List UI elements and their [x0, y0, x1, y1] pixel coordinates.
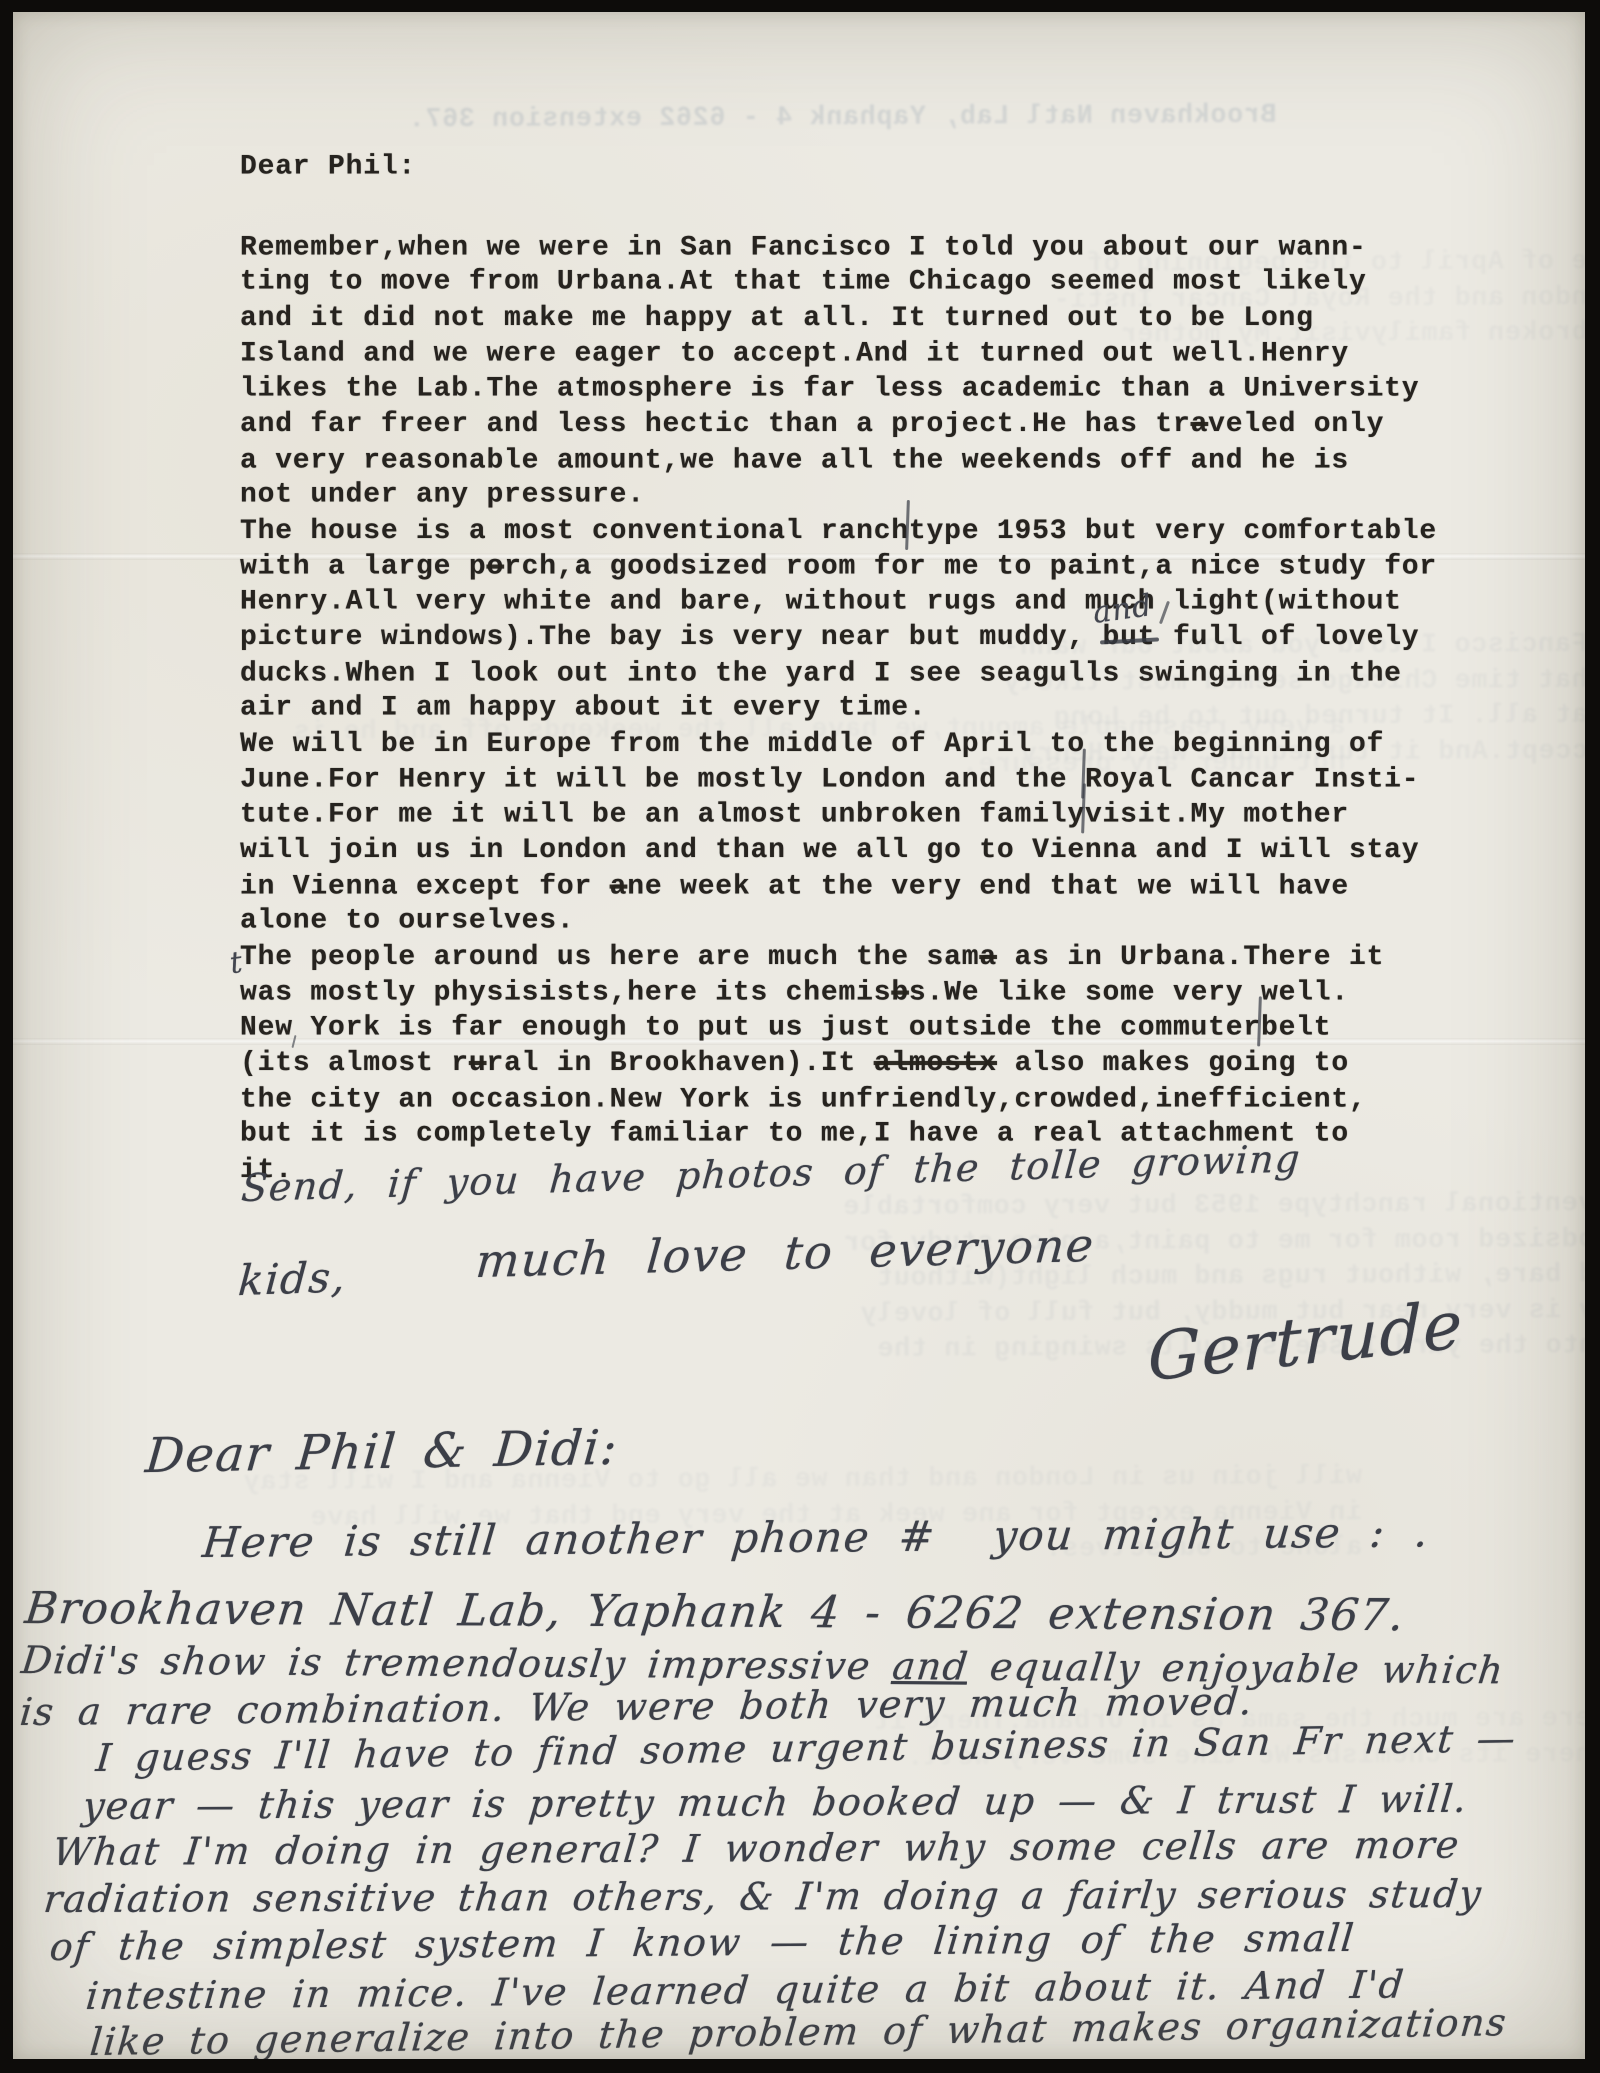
typed-segment: Dear Phil: — [240, 151, 416, 182]
typed-segment: New York is far enough to put us just ou… — [240, 1012, 1261, 1043]
handwritten-note-henry-line: of the simplest system I know — the lini… — [48, 1918, 1357, 1969]
typed-segment: and it did not make me happy at all. It … — [240, 303, 1314, 334]
typed-line — [240, 186, 1437, 230]
typed-segment-overtype: a — [610, 871, 628, 902]
typed-line: June.For Henry it will be mostly London … — [240, 763, 1437, 799]
typed-segment: will join us in London and than we all g… — [240, 835, 1419, 866]
typed-line: We will be in Europe from the middle of … — [240, 727, 1437, 763]
typed-segment: a very reasonable amount,we have all the… — [240, 445, 1349, 476]
typed-segment: .My mother — [1173, 799, 1349, 830]
typed-segment: ting to move from Urbana.At that time Ch… — [240, 266, 1367, 297]
letter-paper: Brookhaven Natl Lab, Yaphank 4 - 6262 ex… — [13, 12, 1585, 2059]
handwritten-note-henry-line: year — this year is pretty much booked u… — [81, 1779, 1470, 1828]
typed-segment: picture windows).The bay is very near bu… — [240, 622, 1103, 653]
typed-segment: Remember,when we were in San Fancisco I … — [240, 232, 1367, 263]
typed-segment-vmark: type — [909, 516, 979, 547]
typed-line: Remember,when we were in San Fancisco I … — [240, 230, 1437, 266]
typed-segment: Island and we were eager to accept.And i… — [240, 339, 1349, 370]
bleedthrough-line: The house is a most conventional ranchty… — [843, 1184, 1585, 1225]
typed-segment-pen-strike: butand — [1103, 622, 1156, 653]
typed-segment: was mostly physisists,here its chemis — [240, 978, 891, 1009]
handwritten-note-gertrude-line: kids, — [237, 1254, 348, 1304]
typed-segment: ne week at the very end that we will hav… — [627, 871, 1349, 902]
typed-line: in Vienna except for ane week at the ver… — [240, 869, 1437, 905]
typed-line: was mostly physisists,here its chemisbts… — [240, 976, 1437, 1012]
typed-segment: Henry.All very white and bare, without r… — [240, 586, 1173, 617]
typed-segment: rch,a goodsized room for me to paint,a n… — [504, 552, 1437, 583]
typed-line: the city an occasion.New York is unfrien… — [240, 1082, 1437, 1118]
typed-segment-vmark: belt — [1261, 1012, 1331, 1043]
handwritten-text: Didi's show is tremendously impressive — [19, 1638, 895, 1688]
handwritten-note-gertrude-line: much love to everyone — [474, 1220, 1097, 1287]
typed-segment-vmark: visit — [1085, 799, 1173, 830]
typed-segment: Cancar Insti- — [1173, 765, 1419, 796]
handwritten-note-henry-line: radiation sensitive than others, & I'm d… — [42, 1874, 1484, 1921]
typed-line: The people around us here are much the s… — [240, 940, 1437, 976]
typed-segment: with a large p — [240, 552, 486, 583]
photographed-letter-scan: { "document": { "kind": "typewritten per… — [0, 0, 1600, 2073]
typed-line: ducks.When I look out into the yard I se… — [240, 656, 1437, 692]
typed-segment: ral in Brookhaven).It — [486, 1048, 873, 1079]
typed-segment: s.We like some very well. — [909, 978, 1349, 1009]
typed-segment-slashmark: light(without — [1173, 586, 1402, 617]
bleedthrough-text: Brookhaven Natl Lab, Yaphank 4 - 6262 ex… — [408, 98, 1277, 138]
typed-line: a very reasonable amount,we have all the… — [240, 443, 1437, 479]
typed-line: and far freer and less hectic than a pro… — [240, 407, 1437, 443]
typed-segment: likes the Lab.The atmosphere is far less… — [240, 373, 1419, 404]
handwritten-note-henry-line: What I'm doing in general? I wonder why … — [51, 1825, 1462, 1874]
typed-letter-body: Dear Phil: Remember,when we were in San … — [240, 150, 1437, 1188]
typed-segment: ducks.When I look out into the yard I se… — [240, 658, 1402, 689]
typed-segment-apos: s — [293, 1048, 311, 1079]
typed-line: with a large porch,a goodsized room for … — [240, 550, 1437, 586]
typed-line: air and I am happy about it every time. — [240, 690, 1437, 726]
typed-segment: almost r — [310, 1048, 468, 1079]
typed-segment: also makes going to — [997, 1048, 1349, 1079]
typed-segment: alone to ourselves. — [240, 905, 574, 936]
typed-line: ting to move from Urbana.At that time Ch… — [240, 264, 1437, 300]
typed-segment-overtype: o — [486, 552, 504, 583]
typed-segment-overtype: bt — [891, 978, 909, 1009]
typed-segment: as in Urbana.There it — [997, 942, 1384, 973]
typed-segment: the city an occasion.New York is unfrien… — [240, 1084, 1367, 1115]
typed-line: New York is far enough to put us just ou… — [240, 1010, 1437, 1046]
typed-line: tute.For me it will be an almost unbroke… — [240, 797, 1437, 833]
signature-gertrude: Gertrude — [1148, 1289, 1463, 1395]
typed-segment: and far freer and less hectic than a pro… — [240, 409, 1191, 440]
typed-segment: The people around us here are much the s… — [240, 942, 979, 973]
handwritten-note-henry-line: Brookhaven Natl Lab, Yaphank 4 - 6262 ex… — [23, 1585, 1408, 1641]
typed-segment-overtype: u — [469, 1048, 487, 1079]
typed-segment: June.For Henry it will be mostly London … — [240, 765, 1085, 796]
typed-segment-overtype: a — [979, 942, 997, 973]
typed-segment: (it — [240, 1048, 293, 1079]
typed-segment: full of lovely — [1155, 622, 1419, 653]
handwritten-note-henry-line: Here is still another phone # you might … — [201, 1509, 1432, 1566]
typed-line: (its almost rural in Brookhaven).It almo… — [240, 1046, 1437, 1082]
typed-segment: air and I am happy about it every time. — [240, 692, 927, 723]
typed-segment: 1953 but very comfortable — [979, 516, 1437, 547]
handwritten-note-henry-line: Dear Phil & Didi: — [143, 1422, 620, 1483]
typed-segment-overtype: almostx — [874, 1048, 997, 1079]
typed-segment-overtype: a — [1191, 409, 1209, 440]
typed-line: likes the Lab.The atmosphere is far less… — [240, 371, 1437, 407]
typed-segment: tute.For me it will be an almost unbroke… — [240, 799, 1085, 830]
typed-segment: The house is a most conventional ranch — [240, 516, 909, 547]
typed-segment: veled only — [1208, 409, 1384, 440]
typed-line: and it did not make me happy at all. It … — [240, 301, 1437, 337]
typed-line: Henry.All very white and bare, without r… — [240, 584, 1437, 620]
typed-line: alone to ourselves. — [240, 903, 1437, 939]
typed-segment: in Vienna except for — [240, 871, 610, 902]
typed-line: Dear Phil: — [240, 149, 1437, 185]
typed-line: will join us in London and than we all g… — [240, 833, 1437, 869]
typed-segment: not under any pressure. — [240, 479, 645, 510]
typed-segment-vmark: Royal — [1085, 765, 1173, 796]
typed-line: picture windows).The bay is very near bu… — [240, 620, 1437, 656]
pen-correction-note: and — [1091, 591, 1154, 629]
typed-line: not under any pressure. — [240, 477, 1437, 513]
typed-line: The house is a most conventional ranchty… — [240, 514, 1437, 550]
typed-line: Island and we were eager to accept.And i… — [240, 337, 1437, 373]
typed-segment: We will be in Europe from the middle of … — [240, 729, 1384, 760]
